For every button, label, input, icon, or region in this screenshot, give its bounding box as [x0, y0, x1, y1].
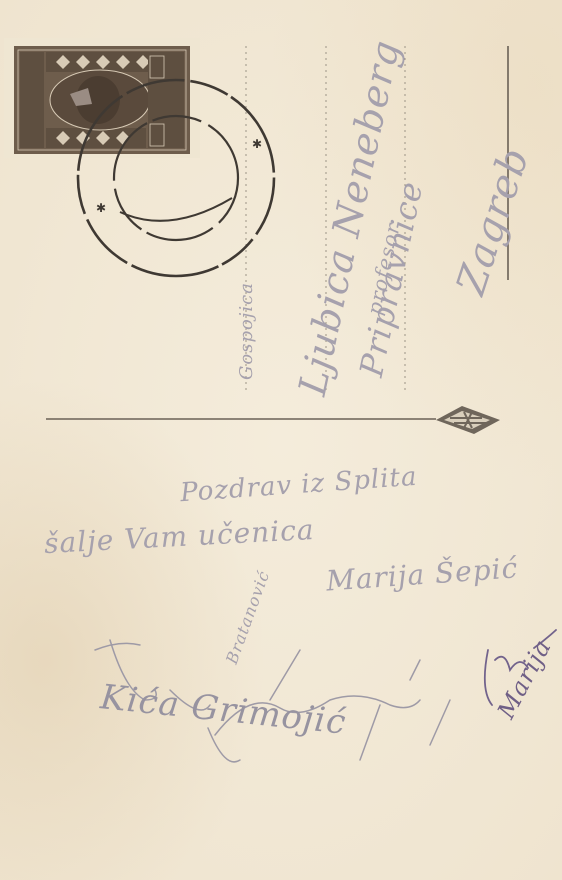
- postcard-artwork: ✱ ✱: [0, 0, 562, 880]
- address-prefix: Gospojica: [236, 282, 257, 380]
- postage-stamp: [14, 46, 190, 154]
- postcard: ✱ ✱ Gospojica Ljubica Neneberg profesor …: [0, 0, 562, 880]
- svg-text:✱: ✱: [252, 137, 262, 151]
- svg-text:✱: ✱: [96, 201, 106, 215]
- diamond-logo-icon: [436, 406, 500, 434]
